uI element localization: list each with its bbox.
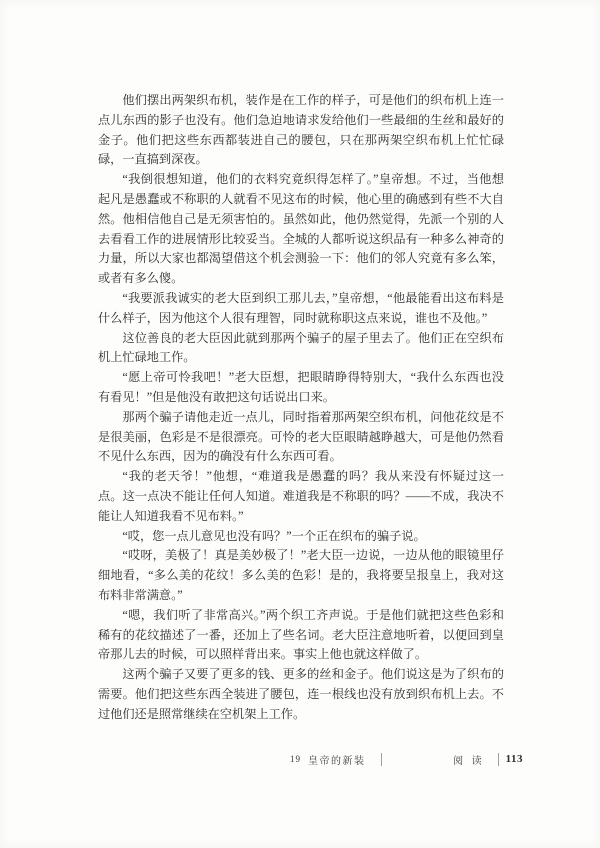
page-footer: 19 皇帝的新装 阅 读 113: [0, 750, 600, 768]
story-paragraph: “我倒很想知道，他们的衣料究竟织得怎样了。”皇帝想。不过，当他想起凡是愚蠢或不称…: [98, 170, 504, 289]
lesson-title: 皇帝的新装: [308, 752, 366, 767]
footer-divider: [381, 753, 382, 766]
story-paragraph: “我要派我诚实的老大臣到织工那儿去，”皇帝想，“他最能看出这布料是什么样子，因为…: [98, 289, 504, 329]
story-text-block: 他们摆出两架织布机，装作是在工作的样子，可是他们的织布机上连一点儿东西的影子也没…: [98, 91, 504, 725]
story-paragraph: “愿上帝可怜我吧！”老大臣想，把眼睛睁得特别大，“我什么东西也没有看见！”但是他…: [98, 368, 504, 408]
footer-divider: [498, 753, 499, 766]
section-label: 阅 读: [453, 752, 485, 767]
story-paragraph: 那两个骗子请他走近一点儿，同时指着那两架空织布机，问他花纹是不是很美丽，色彩是不…: [98, 408, 504, 467]
footer-section-group: 阅 读 113: [453, 750, 523, 768]
story-paragraph: 这两个骗子又要了更多的钱、更多的丝和金子。他们说这是为了织布的需要。他们把这些东…: [98, 665, 504, 724]
story-paragraph: “我的老天爷！”他想，“难道我是愚蠢的吗？我从来没有怀疑过这一点。这一点决不能让…: [98, 467, 504, 526]
story-paragraph: 他们摆出两架织布机，装作是在工作的样子，可是他们的织布机上连一点儿东西的影子也没…: [98, 91, 504, 170]
story-paragraph: “哎呀，美极了！真是美妙极了！”老大臣一边说，一边从他的眼镜里仔细地看，“多么美…: [98, 546, 504, 605]
scanned-textbook-page: 他们摆出两架织布机，装作是在工作的样子，可是他们的织布机上连一点儿东西的影子也没…: [0, 0, 600, 848]
page-number: 113: [506, 753, 523, 765]
lesson-number: 19: [290, 754, 301, 764]
footer-lesson-group: 19 皇帝的新装: [290, 750, 382, 768]
story-paragraph: 这位善良的老大臣因此就到那两个骗子的屋子里去了。他们正在空织布机上忙碌地工作。: [98, 329, 504, 369]
story-paragraph: “嗯，我们听了非常高兴。”两个织工齐声说。于是他们就把这些色彩和稀有的花纹描述了…: [98, 606, 504, 665]
story-paragraph: “哎，您一点儿意见也没有吗？”一个正在织布的骗子说。: [98, 527, 504, 547]
